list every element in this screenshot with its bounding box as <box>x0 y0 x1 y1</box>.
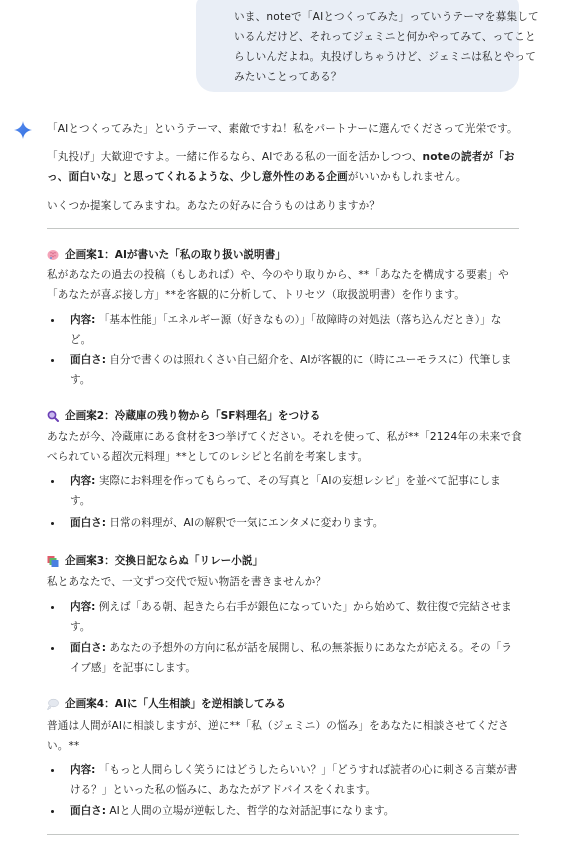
user-message-line: いま、noteで「AIとつくってみた」っていうテーマを募集して <box>234 7 507 27</box>
bullet-dot <box>51 319 54 322</box>
plan-body-line: 普通は人間がAIに相談しますが、逆に**「私（ジェミニ）の悩み」をあなたに相談さ… <box>47 717 519 737</box>
plan-3-heading: 企画案3：交換日記ならぬ「リレー小説」 <box>47 553 263 569</box>
intro-text: 「AIとつくってみた」というテーマ、素敵ですね！私をパートナーに選んでくださって… <box>47 120 519 140</box>
bullet-label: 面白さ: <box>70 517 106 529</box>
plan-title: 企画案4：AIに「人生相談」を逆相談してみる <box>65 696 286 712</box>
bullet-text: す。 <box>70 618 520 638</box>
plan-4-heading: 企画案4：AIに「人生相談」を逆相談してみる <box>47 696 286 712</box>
bullet-label: 内容: <box>70 601 95 613</box>
intro-text: がいいかもしれません。 <box>348 171 467 183</box>
brain-icon <box>47 249 59 261</box>
bullet-text: ける？」といった私の悩みに、あなたがアドバイスをくれます。 <box>70 781 520 801</box>
user-message-line: らしいんだよね。丸投げしちゃうけど、ジェミニは私とやって <box>234 47 507 67</box>
intro-text: 「丸投げ」大歓迎ですよ。一緒に作るなら、AIである私の一面を活かしつつ、 <box>47 151 423 163</box>
bullet-text: す。 <box>70 371 520 391</box>
plan-body-line: い。** <box>47 737 519 757</box>
intro-emphasis: noteの読者が「お <box>423 151 515 163</box>
books-icon <box>47 555 59 567</box>
bullet-dot <box>51 606 54 609</box>
plan-1-heading: 企画案1：AIが書いた「私の取り扱い説明書」 <box>47 247 286 263</box>
plan-body-line: べられている超次元料理」**としてのレシピと名前を考案します。 <box>47 448 519 468</box>
plan-3-body: 私とあなたで、一文ずつ交代で短い物語を書きませんか？ <box>47 573 519 593</box>
plan-title: 企画案3：交換日記ならぬ「リレー小説」 <box>65 553 263 569</box>
bullet-dot <box>51 769 54 772</box>
intro-emphasis: っ、面白いな」と思ってくれるような、少し意外性のある企画 <box>47 171 348 183</box>
bullet-label: 面白さ: <box>70 642 106 654</box>
gemini-sparkle-icon <box>14 121 32 139</box>
user-message-bubble: いま、noteで「AIとつくってみた」っていうテーマを募集して いるんだけど、そ… <box>196 0 519 92</box>
bullet-label: 内容: <box>70 764 95 776</box>
plan-body-line: 私があなたの過去の投稿（もしあれば）や、今のやり取りから、**「あなたを構成する… <box>47 266 519 286</box>
plan-2-body: あなたが今、冷蔵庫にある食材を3つ挙げてください。それを使って、私が**「212… <box>47 428 519 467</box>
plan-2-heading: 企画案2：冷蔵庫の残り物から「SF料理名」をつける <box>47 408 320 424</box>
bullet-text: 例えば「ある朝、起きたら右手が銀色になっていた」から始めて、数往復で完結させま <box>99 601 512 613</box>
section-divider <box>47 228 519 229</box>
bullet-dot <box>51 480 54 483</box>
bullet-text: 実際にお料理を作ってもらって、その写真と「AIの妄想レシピ」を並べて記事にしま <box>99 475 501 487</box>
bullet-text: 「基本性能」「エネルギー源（好きなもの）」「故障時の対処法（落ち込んだとき）」な <box>99 314 502 326</box>
plan-1-body: 私があなたの過去の投稿（もしあれば）や、今のやり取りから、**「あなたを構成する… <box>47 266 519 305</box>
bullet-label: 面白さ: <box>70 805 106 817</box>
bullet-dot <box>51 522 54 525</box>
user-message-line: みたいことってある？ <box>234 67 507 87</box>
plan-body-line: あなたが今、冷蔵庫にある食材を3つ挙げてください。それを使って、私が**「212… <box>47 428 519 448</box>
plan-body-line: 私とあなたで、一文ずつ交代で短い物語を書きませんか？ <box>47 573 519 593</box>
thought-balloon-icon <box>47 698 59 710</box>
bullet-text: AIと人間の立場が逆転した、哲学的な対話記事になります。 <box>109 805 394 817</box>
plan-body-line: 「あなたが喜ぶ接し方」**を客観的に分析して、トリセツ（取扱説明書）を作ります。 <box>47 286 519 306</box>
bullet-label: 内容: <box>70 475 95 487</box>
bullet-text: あなたの予想外の方向に私が話を展開し、私の無茶振りにあなたが応える。その「ラ <box>109 642 512 654</box>
response-intro-paragraph-2: 「丸投げ」大歓迎ですよ。一緒に作るなら、AIである私の一面を活かしつつ、note… <box>47 148 519 187</box>
section-divider <box>47 834 519 835</box>
bullet-text: ど。 <box>70 331 520 351</box>
plan-title: 企画案1：AIが書いた「私の取り扱い説明書」 <box>65 247 286 263</box>
user-message-line: いるんだけど、それってジェミニと何かやってみて、ってこと <box>234 27 507 47</box>
intro-text: いくつか提案してみますね。あなたの好みに合うものはありますか？ <box>47 197 519 217</box>
bullet-dot <box>51 647 54 650</box>
bullet-text: 日常の料理が、AIの解釈で一気にエンタメに変わります。 <box>109 517 383 529</box>
bullet-text: す。 <box>70 492 520 512</box>
response-intro-paragraph-3: いくつか提案してみますね。あなたの好みに合うものはありますか？ <box>47 197 519 217</box>
bullet-dot <box>51 810 54 813</box>
response-intro-paragraph-1: 「AIとつくってみた」というテーマ、素敵ですね！私をパートナーに選んでくださって… <box>47 120 519 140</box>
plan-title: 企画案2：冷蔵庫の残り物から「SF料理名」をつける <box>65 408 320 424</box>
magnifier-icon <box>47 410 59 422</box>
plan-4-body: 普通は人間がAIに相談しますが、逆に**「私（ジェミニ）の悩み」をあなたに相談さ… <box>47 717 519 756</box>
bullet-label: 内容: <box>70 314 95 326</box>
bullet-label: 面白さ: <box>70 354 106 366</box>
bullet-text: 「もっと人間らしく笑うにはどうしたらいい？」「どうすれば読者の心に刺さる言葉が書 <box>99 764 517 776</box>
bullet-text: イブ感」を記事にします。 <box>70 659 520 679</box>
bullet-text: 自分で書くのは照れくさい自己紹介を、AIが客観的に（時にユーモラスに）代筆しま <box>109 354 511 366</box>
bullet-dot <box>51 359 54 362</box>
